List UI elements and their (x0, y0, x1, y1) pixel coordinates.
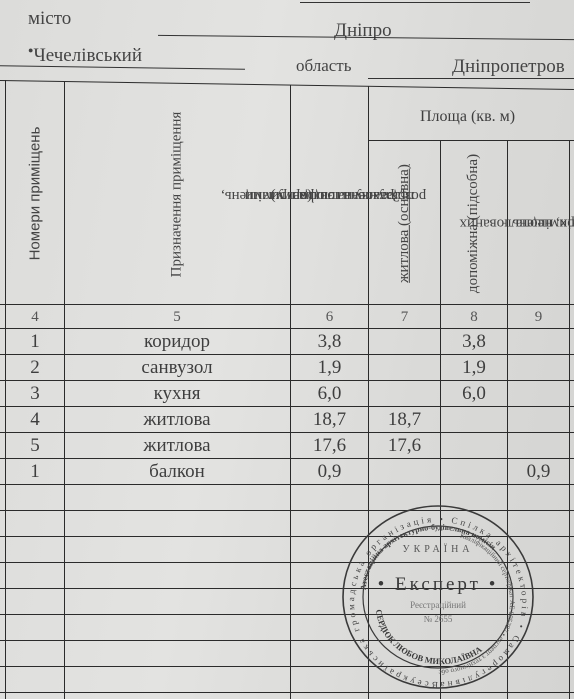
cell-purpose: житлова (64, 407, 290, 432)
cell-purpose (64, 615, 290, 640)
cell-purpose (64, 563, 290, 588)
cell-auxiliary (441, 589, 507, 614)
cell-num (6, 615, 64, 640)
cell-total: 18,7 (291, 407, 368, 432)
cell-living: 17,6 (369, 433, 440, 458)
cell-living (369, 329, 440, 354)
cell-living: 18,7 (369, 407, 440, 432)
cell-purpose (64, 537, 290, 562)
cell-living (369, 563, 440, 588)
cell-summer (508, 355, 569, 380)
cell-living (369, 641, 440, 666)
row-divider (0, 692, 574, 693)
cell-summer (508, 485, 569, 510)
cell-summer (508, 381, 569, 406)
cell-summer (508, 407, 569, 432)
cell-auxiliary: 3,8 (441, 329, 507, 354)
cell-summer (508, 641, 569, 666)
cell-auxiliary (441, 537, 507, 562)
cell-summer (508, 433, 569, 458)
cell-total: 17,6 (291, 433, 368, 458)
cell-living (369, 589, 440, 614)
cell-num (6, 563, 64, 588)
cell-auxiliary (441, 485, 507, 510)
column-number: 7 (369, 305, 440, 329)
cell-num: 1 (6, 459, 64, 484)
cell-total: 0,9 (291, 459, 368, 484)
cell-purpose: житлова (64, 433, 290, 458)
cell-living (369, 615, 440, 640)
cell-summer (508, 563, 569, 588)
cell-total (291, 485, 368, 510)
cell-summer (508, 537, 569, 562)
cell-total: 1,9 (291, 355, 368, 380)
city-value: Дніпро (334, 20, 392, 42)
cell-summer (508, 511, 569, 536)
cell-num (6, 511, 64, 536)
cell-summer: 0,9 (508, 459, 569, 484)
header-line: приміщень (479, 214, 574, 233)
column-number: 4 (6, 305, 64, 329)
region-label: область (296, 56, 351, 76)
district-value: ●Чечелівський (28, 45, 142, 67)
cell-living (369, 511, 440, 536)
cell-purpose (64, 485, 290, 510)
cell-num (6, 485, 64, 510)
column-number: 6 (291, 305, 368, 329)
district-text: Чечелівський (33, 45, 142, 66)
cell-living (369, 537, 440, 562)
cell-auxiliary (441, 459, 507, 484)
cell-num: 1 (6, 329, 64, 354)
city-label: місто (28, 8, 71, 30)
header-summer: літніх, неопалюваних приміщень (508, 142, 569, 304)
cell-num: 2 (6, 355, 64, 380)
column-number: 5 (64, 305, 290, 329)
cell-auxiliary (441, 433, 507, 458)
cell-total (291, 537, 368, 562)
cell-total (291, 615, 368, 640)
cell-summer (508, 615, 569, 640)
cell-num (6, 537, 64, 562)
cell-purpose: балкон (64, 459, 290, 484)
cell-num: 3 (6, 381, 64, 406)
cell-auxiliary (441, 641, 507, 666)
cell-purpose (64, 641, 290, 666)
cell-auxiliary (441, 615, 507, 640)
cell-living (369, 485, 440, 510)
header-total-area: Загальна площа приміщень, підрахована за… (291, 86, 368, 304)
region-underline (368, 78, 574, 79)
header-living: житлова (основна) (369, 142, 440, 304)
cell-summer (508, 589, 569, 614)
cell-summer (508, 667, 569, 692)
cell-auxiliary (441, 667, 507, 692)
cell-total (291, 563, 368, 588)
header-area-group: Площа (кв. м) (420, 104, 574, 130)
column-number: 9 (508, 305, 569, 329)
cell-num (6, 641, 64, 666)
cell-auxiliary (441, 407, 507, 432)
cell-num (6, 589, 64, 614)
cell-summer (508, 329, 569, 354)
region-value: Дніпропетров (452, 56, 565, 78)
cell-purpose: кухня (64, 381, 290, 406)
cell-num (6, 667, 64, 692)
cell-total: 3,8 (291, 329, 368, 354)
column-number: 8 (441, 305, 507, 329)
cell-auxiliary (441, 511, 507, 536)
cell-living (369, 355, 440, 380)
cell-living (369, 381, 440, 406)
cell-total (291, 589, 368, 614)
underline (300, 2, 530, 3)
header-room-numbers: Номери приміщень (6, 82, 64, 304)
cell-purpose (64, 667, 290, 692)
cell-purpose (64, 589, 290, 614)
cell-purpose: коридор (64, 329, 290, 354)
cell-total (291, 511, 368, 536)
cell-living (369, 459, 440, 484)
cell-num: 5 (6, 433, 64, 458)
cell-purpose: санвузол (64, 355, 290, 380)
cell-purpose (64, 511, 290, 536)
area-group-divider (368, 140, 574, 141)
cell-total: 6,0 (291, 381, 368, 406)
cell-living (369, 667, 440, 692)
document-page: місто Дніпро ●Чечелівський область Дніпр… (0, 0, 574, 699)
cell-num: 4 (6, 407, 64, 432)
cell-auxiliary: 6,0 (441, 381, 507, 406)
cell-auxiliary: 1,9 (441, 355, 507, 380)
cell-auxiliary (441, 563, 507, 588)
cell-total (291, 641, 368, 666)
cell-total (291, 667, 368, 692)
